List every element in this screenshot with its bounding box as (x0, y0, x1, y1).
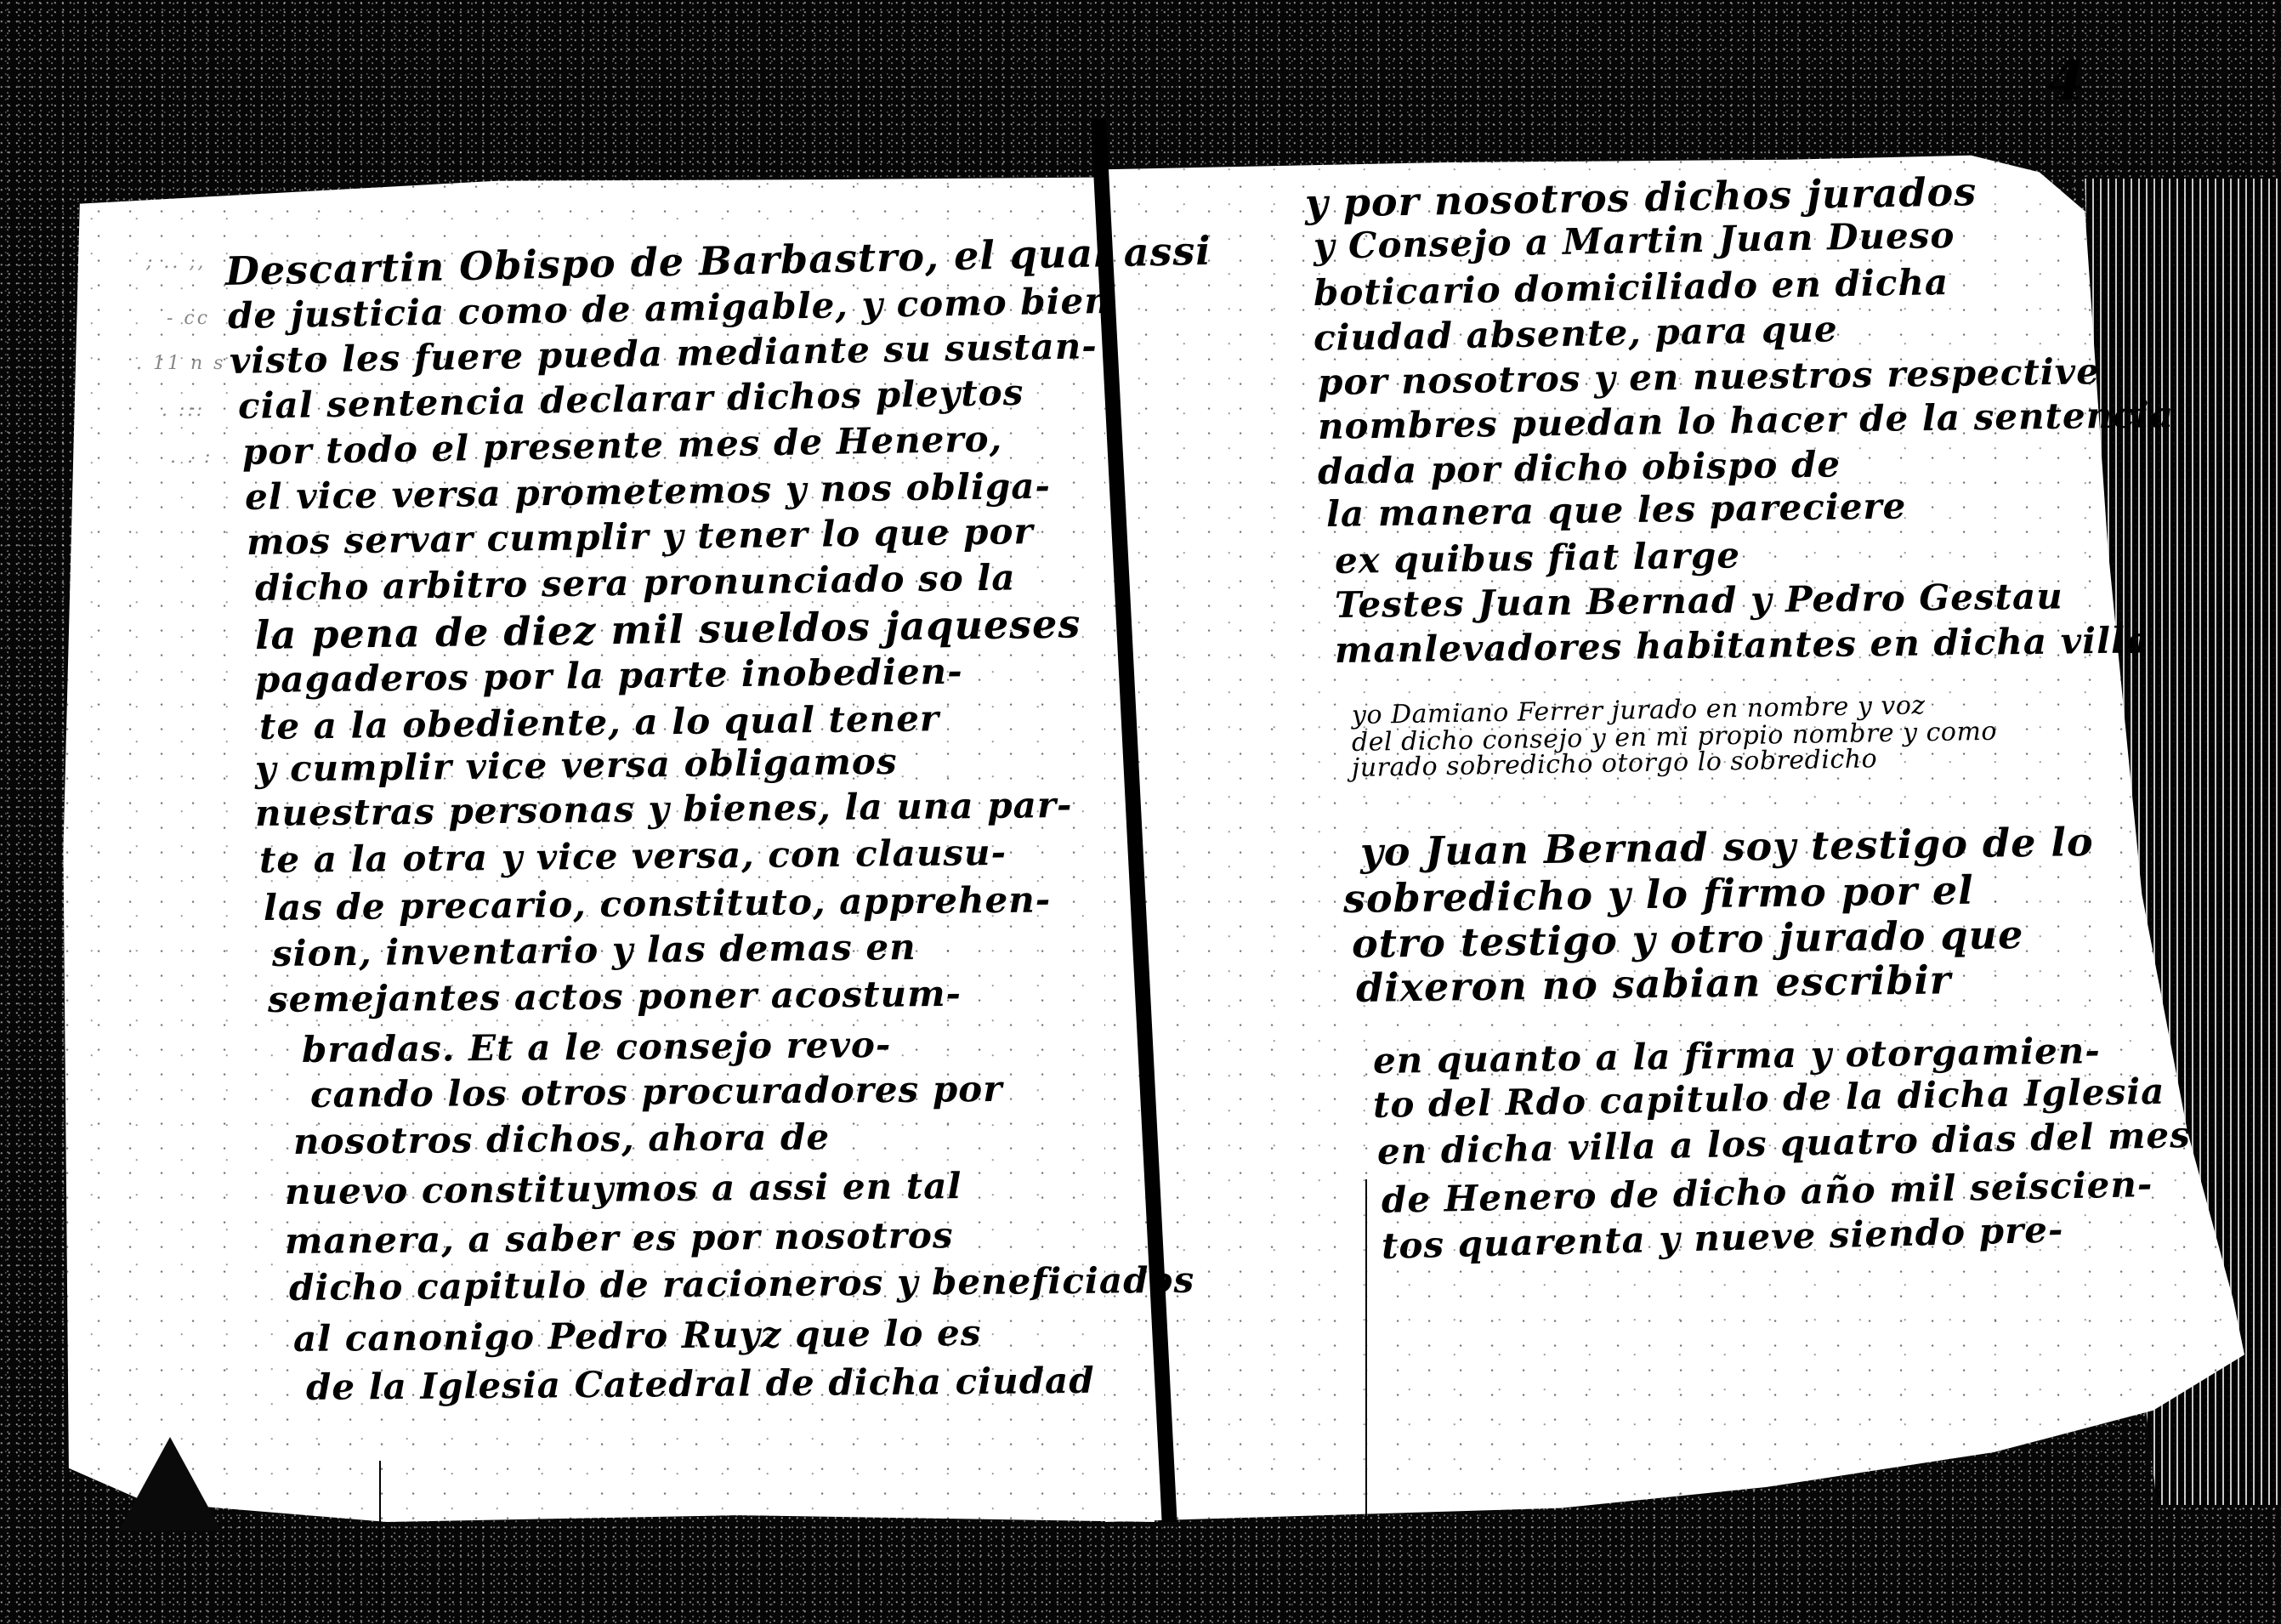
manuscript-line: la manera que les pareciere (1326, 485, 1907, 535)
manuscript-line: Testes Juan Bernad y Pedro Gestau (1335, 576, 2063, 626)
manuscript-line: nuestras personas y bienes, la una par- (255, 784, 1073, 834)
margin-rule-left (379, 1461, 381, 1622)
manuscript-line: dada por dicho obispo de (1318, 443, 1841, 492)
manuscript-line: sion, inventario y las demas en (272, 926, 916, 974)
manuscript-line: nuevo constituymos a assi en tal (285, 1165, 962, 1212)
margin-rule-right (1365, 1179, 1367, 1624)
margin-mark: ; .. ,, (146, 252, 206, 273)
manuscript-line: al canonigo Pedro Ruyz que lo es (293, 1312, 982, 1360)
manuscript-line: te a la obediente, a lo qual tener (259, 697, 940, 747)
manuscript-line: de la Iglesia Catedral de dicha ciudad (306, 1360, 1095, 1408)
margin-mark: . . : (170, 446, 213, 468)
margin-mark: . ::: (162, 400, 205, 421)
manuscript-line: manera, a saber es por nosotros (285, 1214, 954, 1262)
manuscript-line: semejantes actos poner acostum- (268, 973, 962, 1020)
manuscript-line: bradas. Et a le consejo revo- (302, 1024, 892, 1070)
manuscript-line: pagaderos por la parte inobedien- (255, 650, 963, 701)
margin-mark: - cc (167, 308, 210, 329)
manuscript-line: cando los otros procuradores por (310, 1068, 1003, 1116)
manuscript-line: te a la otra y vice versa, con clausu- (259, 832, 1007, 881)
folio-number: 4 (2047, 49, 2085, 113)
page-corner-fold (119, 1437, 221, 1530)
manuscript-line: nosotros dichos, ahora de (293, 1116, 831, 1162)
manuscript-line: ex quibus fiat large (1335, 534, 1741, 582)
manuscript-line: dicho capitulo de racioneros y beneficia… (289, 1259, 1195, 1309)
manuscript-line: y cumplir vice versa obligamos (255, 741, 898, 790)
manuscript-line: las de precario, constituto, apprehen- (264, 878, 1052, 928)
margin-mark: . 11 n s (136, 353, 225, 374)
manuscript-line-witness: dixeron no sabian escribir (1356, 957, 1952, 1011)
